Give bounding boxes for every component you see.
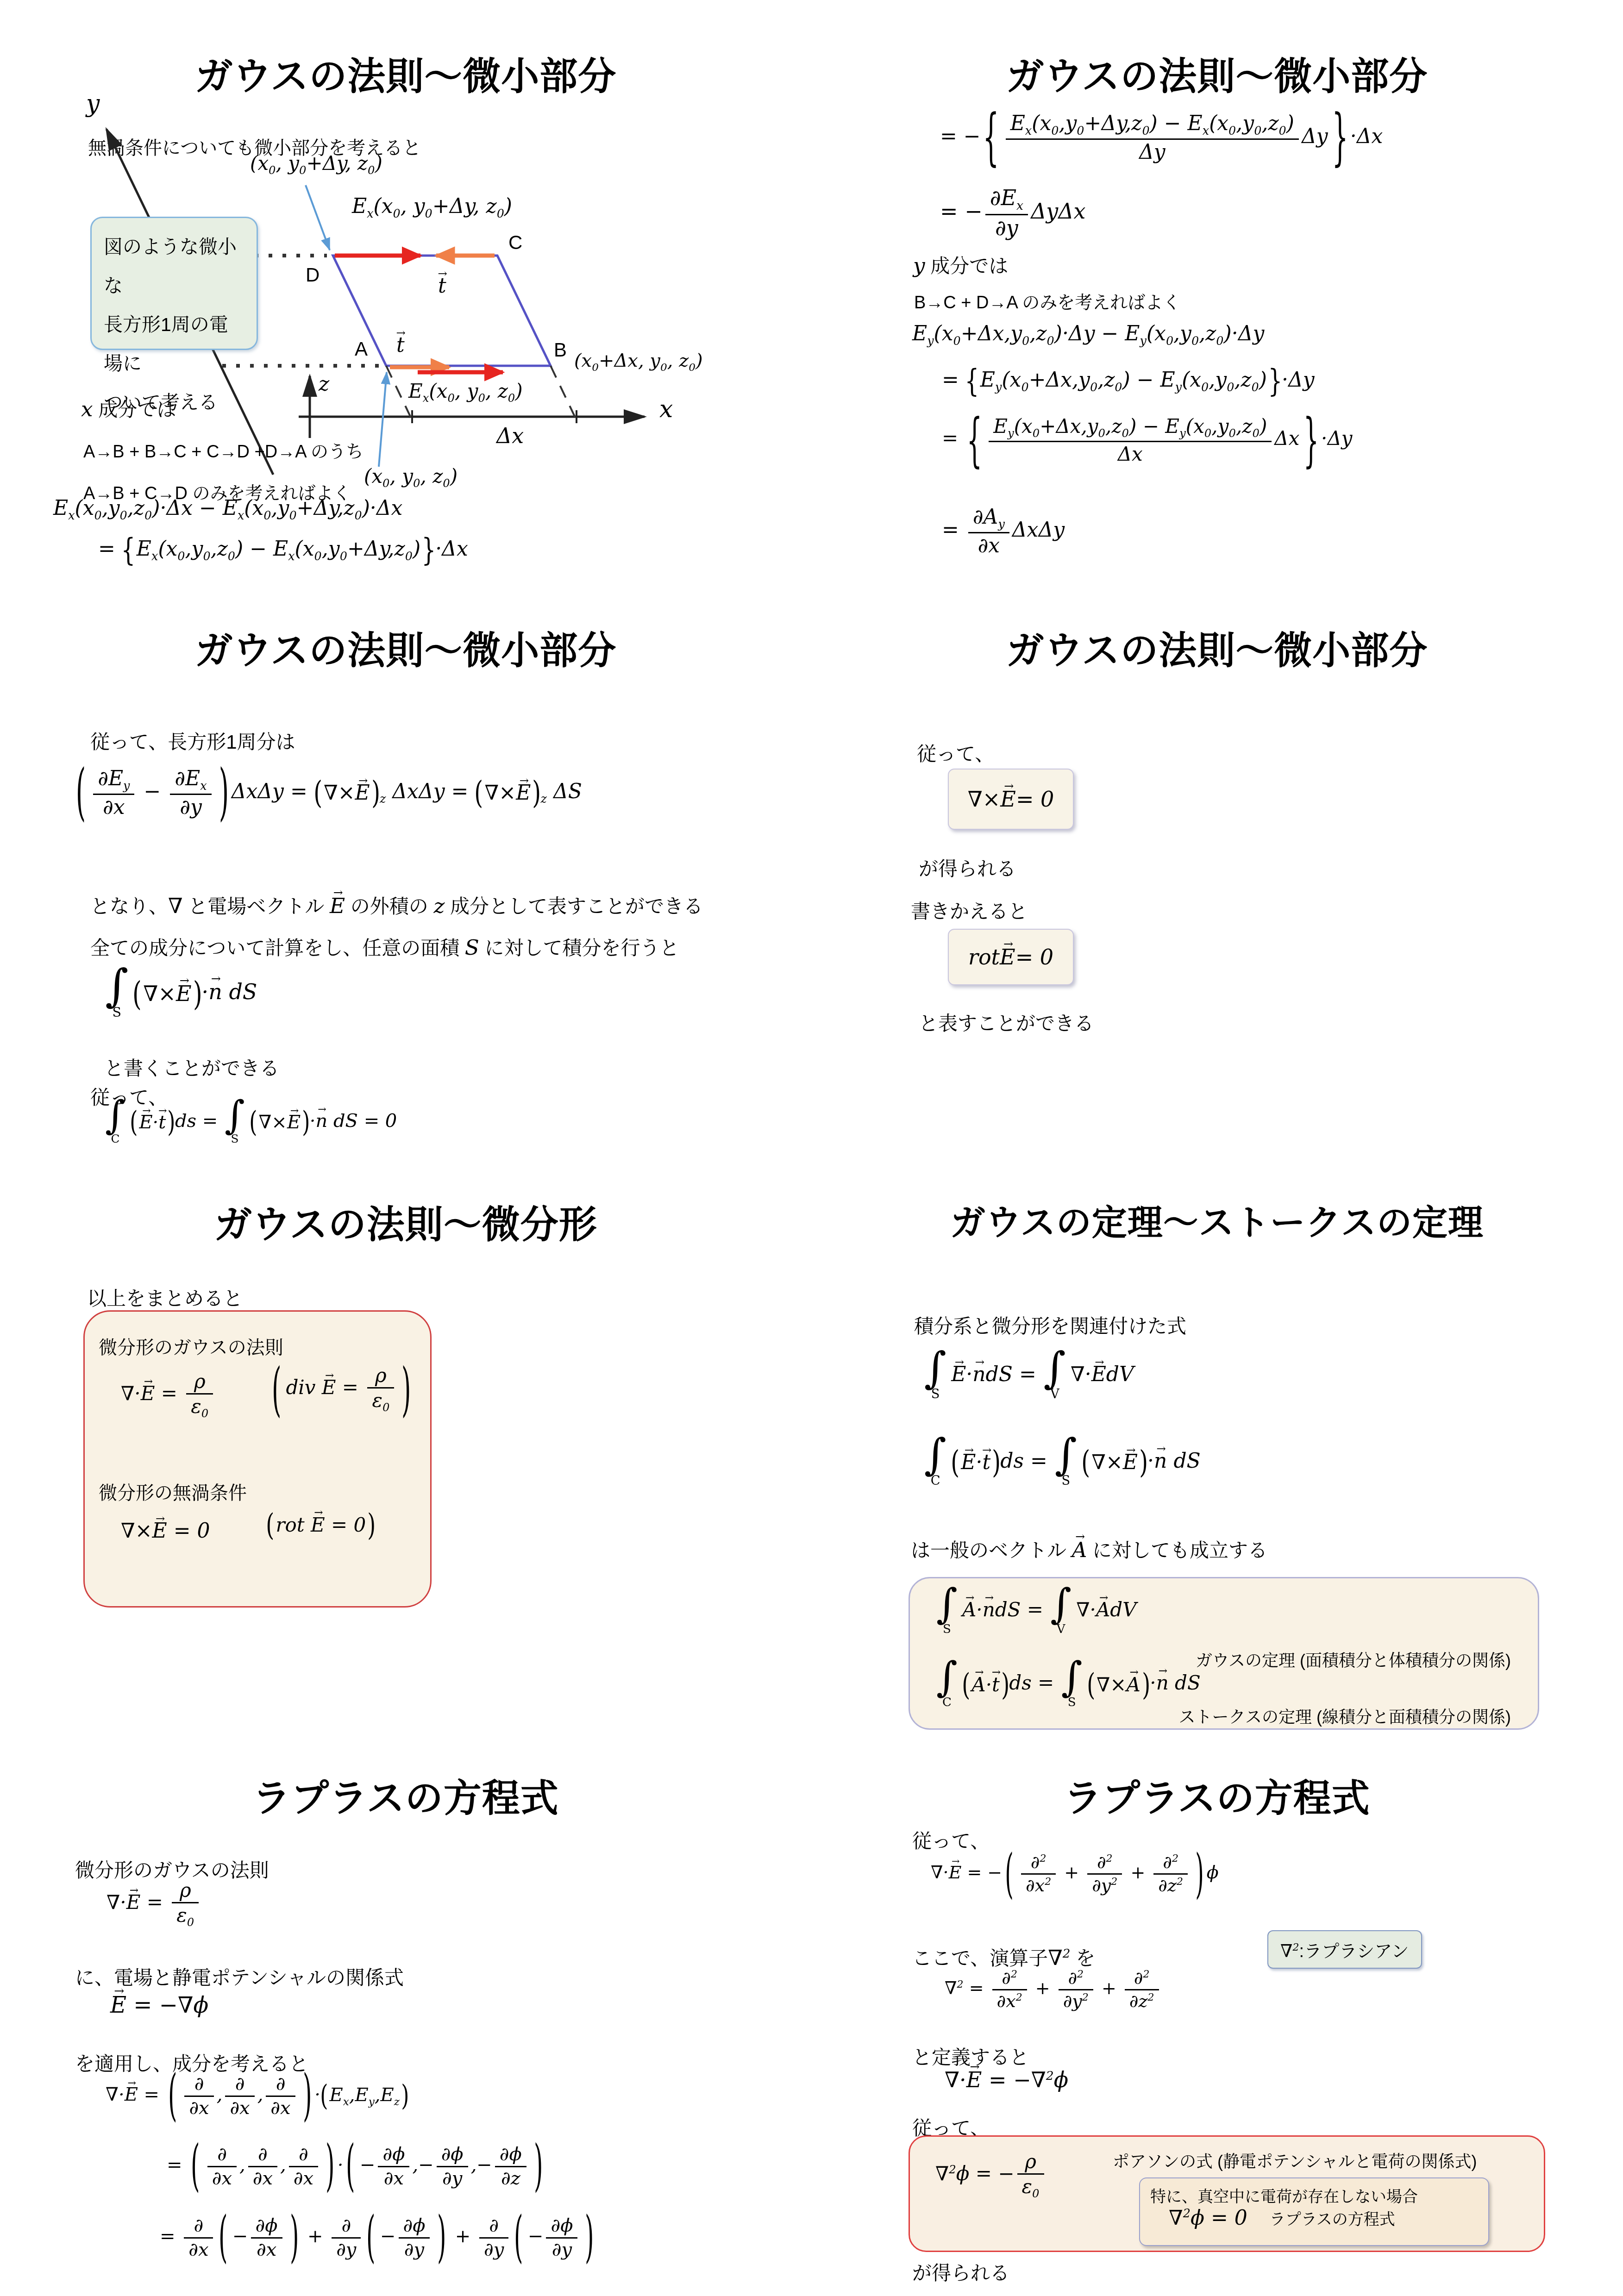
slide-gauss-law-differential-form: ガウスの法則～微分形 以上をまとめると 微分形のガウスの法則 ∇·→E = ρε… — [0, 1148, 811, 1722]
slide-title: ラプラスの方程式 — [0, 1768, 811, 1822]
result-box-rot-zero: rot →E = 0 — [948, 929, 1074, 985]
formula-a-gauss-theorem: ∫S→A·→ndS = ∫V∇·→AdV — [935, 1588, 1136, 1635]
poisson-box: ∇2ϕ = −ρε0 ポアソンの式 (静電ポテンシャルと電荷の関係式) 特に、真… — [909, 2135, 1545, 2252]
a-vector-symbol: →A — [1072, 1538, 1087, 1562]
formula-div-e-nabla2-phi: ∇·→E = −∇2ϕ — [945, 2067, 1068, 2092]
formula-surface-integral: ∫S(∇×→E)·→n dS — [104, 968, 257, 1020]
field-label-bottom: Ex(x0, y0, z0) — [408, 380, 523, 405]
field-label-top: Ex(x0, y0+Δy, z0) — [352, 194, 512, 221]
point-label-origin: (x0, y0, z0) — [364, 465, 457, 490]
point-label-b: (x0+Δx, y0, z0) — [574, 350, 703, 374]
callout-line-2: 長方形1周の電場に — [104, 305, 244, 383]
note-operator-define: ここで、演算子∇2 を — [912, 1943, 1095, 1971]
result-box-curl-zero: ∇×→E = 0 — [948, 769, 1074, 830]
caption-poisson: ポアソンの式 (静電ポテンシャルと電荷の関係式) — [1113, 2149, 1477, 2172]
formula-gradient-components: = (∂∂x,∂∂x,∂∂x)·(−∂ϕ∂x,−∂ϕ∂y,−∂ϕ∂z) — [167, 2143, 545, 2190]
formula-div-components: ∇·→E = (∂∂x,∂∂x,∂∂x)·(Ex,Ey,Ez) — [106, 2073, 409, 2120]
intro-text: 従って、長方形1周分は — [90, 727, 295, 755]
tangent-label-top: →t — [438, 274, 446, 298]
callout-box: 図のような微小な 長方形1周の電場に ついて考える — [90, 217, 258, 350]
slide-gauss-law-small-part-1: ガウスの法則～微小部分 無渦条件についても微小部分を考えると — [0, 0, 811, 574]
path-consider-line: B→C + D→A のみを考えればよく — [914, 288, 1180, 313]
slide-laplace-equation-1: ラプラスの方程式 微分形のガウスの法則 ∇·→E = ρε0 に、電場と静電ポテ… — [0, 1722, 811, 2296]
label-irrotational: 微分形の無渦条件 — [99, 1478, 247, 1505]
formula-a-stokes-theorem: ∫C(→A·→t)ds = ∫S(∇×→A)·→n dS — [935, 1661, 1201, 1708]
note-general-vector: は一般のベクトル →A に対しても成立する — [911, 1535, 1267, 1563]
caption-laplace: ラプラスの方程式 — [1270, 2211, 1395, 2228]
formula-div-e-paren: (div →E = ρε0) — [269, 1364, 414, 1415]
laplacian-label: :ラプラシアン — [1299, 1937, 1409, 1962]
callout-line-1: 図のような微小な — [104, 227, 244, 305]
note-vacuum-case: 特に、真空中に電荷が存在しない場合 — [1150, 2184, 1418, 2207]
delta-x-label: Δx — [496, 423, 524, 448]
axis-label-z: z — [319, 372, 329, 396]
note-potential-relation: に、電場と静電ポテンシャルの関係式 — [75, 1963, 404, 1990]
formula-second-derivatives: = ∂∂x(−∂ϕ∂x) + ∂∂y(−∂ϕ∂y) + ∂∂y(−∂ϕ∂y) — [160, 2215, 597, 2261]
intro-text: 積分系と微分形を関連付けた式 — [914, 1311, 1186, 1339]
formula-laplace: ∇2ϕ = 0 — [1169, 2206, 1247, 2230]
caption-gauss-theorem: ガウスの定理 (面積積分と体積積分の関係) — [1196, 1648, 1511, 1671]
axis-label-x: x — [659, 395, 673, 423]
note-obtained: が得られる — [919, 854, 1016, 882]
note-therefore: 従って、 — [917, 739, 994, 767]
slide-title: ガウスの法則～微小部分 — [0, 620, 811, 675]
formula-curl-z-component: (∂Ey∂x − ∂Ex∂y)ΔxΔy = (∇×→E)z ΔxΔy = (∇×… — [73, 766, 582, 820]
slide-gauss-law-small-part-3: ガウスの法則～微小部分 従って、長方形1周分は (∂Ey∂x − ∂Ex∂y)Δ… — [0, 574, 811, 1148]
corner-label-b: B — [554, 339, 567, 361]
corner-label-c: C — [508, 231, 522, 254]
component-heading: x 成分では — [81, 394, 176, 422]
formula-ex-difference: Ex(x0,y0,z0)·Δx − Ex(x0,y0+Δy,z0)·Δx — [53, 496, 402, 523]
nabla-squared-symbol: ∇2 — [1280, 1941, 1299, 1961]
axis-label-y: y — [86, 90, 100, 118]
component-variable: y — [913, 253, 925, 278]
corner-label-d: D — [306, 264, 320, 286]
nabla-symbol: ∇ — [168, 894, 183, 918]
formula-curl-e: ∇×→E = 0 — [121, 1519, 210, 1543]
slide-gauss-stokes-theorem: ガウスの定理～ストークスの定理 積分系と微分形を関連付けた式 ∫S→E·→ndS… — [811, 1148, 1623, 1722]
component-variable: x — [81, 397, 93, 421]
slide-laplace-equation-2: ラプラスの方程式 従って、 ∇·→E = −(∂2∂x2 + ∂2∂y2 + ∂… — [811, 1722, 1623, 2296]
formula-e-gradient: →E = −∇ϕ — [110, 1992, 208, 2018]
summary-box: 微分形のガウスの法則 ∇·→E = ρε0 (div →E = ρε0) 微分形… — [83, 1310, 432, 1608]
component-heading: y 成分では — [913, 251, 1008, 279]
point-label-top: (x0, y0+Δy, z0) — [250, 152, 382, 177]
laplace-inner-box: 特に、真空中に電荷が存在しない場合 ∇2ϕ = 0ラプラスの方程式 — [1139, 2177, 1489, 2246]
z-symbol: z — [434, 894, 445, 918]
formula-div-e: ∇·→E = ρε0 — [107, 1878, 201, 1930]
label-differential-gauss: 微分形のガウスの法則 — [99, 1333, 283, 1359]
note-rewrite: 書きかえると — [911, 896, 1028, 924]
slide-gauss-law-small-part-2: ガウスの法則～微小部分 = −{Ex(x0,y0+Δy,z0) − Ex(x0,… — [811, 0, 1623, 574]
slide-title: ガウスの法則～微小部分 — [811, 46, 1623, 100]
e-vector-symbol: →E — [330, 894, 345, 918]
nabla-squared-symbol: ∇2 — [1048, 1946, 1070, 1970]
annotation-arrow-top — [306, 185, 330, 250]
formula-ay-partial: = ∂Ay∂xΔxΔy — [942, 505, 1065, 558]
note-apply-components: を適用し、成分を考えると — [75, 2049, 308, 2077]
formula-poisson: ∇2ϕ = −ρε0 — [935, 2150, 1047, 2201]
tangent-label-bottom: →t — [396, 333, 405, 357]
formula-line-surface-zero: ∫C(→E·→t)ds = ∫S(∇×→E)·→n dS = 0 — [104, 1100, 397, 1145]
path-sum-line: A→B + B→C + C→D +D→A のうち — [83, 437, 363, 463]
annotation-arrow-bottom — [379, 372, 387, 467]
formula-ex-partial: = −∂Ex∂yΔyΔx — [940, 185, 1086, 241]
formula-div-e-laplacian: ∇·→E = −(∂2∂x2 + ∂2∂y2 + ∂2∂z2)ϕ — [931, 1852, 1219, 1896]
s-symbol: S — [465, 935, 479, 960]
slide-title: ラプラスの方程式 — [811, 1768, 1623, 1822]
formula-rot-e-paren: (rot →E = 0) — [266, 1512, 376, 1536]
note-therefore: 従って、 — [912, 1826, 990, 1854]
note-curl-representation: となり、∇ と電場ベクトル →E の外積の z 成分として表すことができる — [90, 891, 703, 919]
formula-ey-difference: Ey(x0+Δx,y0,z0)·Δy − Ey(x0,y0,z0)·Δy — [912, 322, 1264, 348]
formula-laplacian-definition: ∇2 = ∂2∂x2 + ∂2∂y2 + ∂2∂z2 — [945, 1967, 1162, 2012]
intro-text: 以上をまとめると — [87, 1283, 243, 1311]
formula-ex-braced: = {Ex(x0,y0,z0) − Ex(x0,y0+Δy,z0)}·Δx — [98, 537, 468, 563]
note-obtained: が得られる — [912, 2258, 1009, 2286]
formula-e-stokes-theorem: ∫C(→E·→t)ds = ∫S(∇×→E)·→n dS — [923, 1438, 1201, 1487]
formula-ex-quotient: = −{Ex(x0,y0+Δy,z0) − Ex(x0,y0,z0)ΔyΔy}·… — [940, 111, 1383, 165]
dashed-projection-b — [551, 366, 578, 424]
laplace-equation-row: ∇2ϕ = 0ラプラスの方程式 — [1169, 2206, 1395, 2230]
slide-title: ガウスの法則～微小部分 — [811, 620, 1623, 675]
theorem-box: ∫S→A·→ndS = ∫V∇·→AdV ガウスの定理 (面積積分と体積積分の関… — [909, 1577, 1539, 1730]
formula-div-e: ∇·→E = ρε0 — [121, 1370, 216, 1421]
formula-ey-braced: = {Ey(x0+Δx,y0,z0) − Ey(x0,y0,z0)}·Δy — [942, 368, 1315, 394]
note-can-write: と書くことができる — [104, 1053, 279, 1081]
slide-title: ガウスの定理～ストークスの定理 — [811, 1195, 1623, 1245]
formula-ey-quotient: = {Ey(x0+Δx,y0,z0) − Ey(x0,y0,z0)ΔxΔx}·Δ… — [942, 414, 1353, 466]
laplacian-note-box: ∇2:ラプラシアン — [1267, 1930, 1422, 1969]
note-integrate-surface: 全ての成分について計算をし、任意の面積 S に対して積分を行うと — [90, 933, 679, 961]
note-can-express: と表すことができる — [919, 1008, 1094, 1036]
corner-label-a: A — [355, 338, 368, 360]
handout-sheet: ガウスの法則～微小部分 無渦条件についても微小部分を考えると — [0, 0, 1623, 2296]
formula-e-gauss-theorem: ∫S→E·→ndS = ∫V∇·→EdV — [923, 1351, 1134, 1401]
slide-gauss-law-small-part-4: ガウスの法則～微小部分 従って、 ∇×→E = 0 が得られる 書きかえると r… — [811, 574, 1623, 1148]
slide-title: ガウスの法則～微分形 — [0, 1195, 811, 1249]
